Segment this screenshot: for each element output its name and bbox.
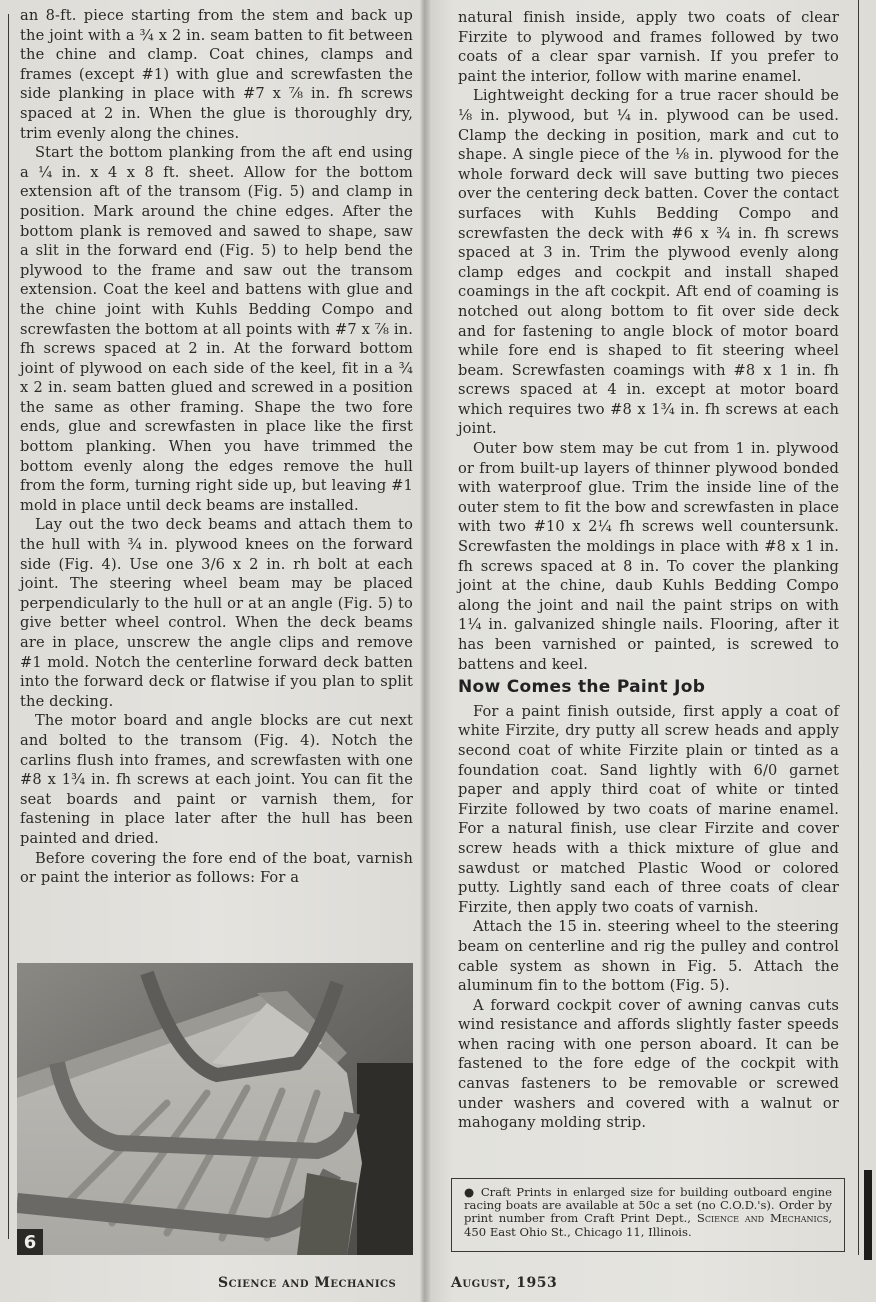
- right-margin-rule: [858, 0, 859, 1255]
- paragraph: an 8-ft. piece starting from the stem an…: [20, 6, 413, 143]
- page-edge-shadow: [864, 1170, 872, 1260]
- paragraph: Lay out the two deck beams and attach th…: [20, 515, 413, 711]
- paragraph: The motor board and angle blocks are cut…: [20, 711, 413, 848]
- boat-hull-photo-icon: [17, 963, 413, 1255]
- paragraph: A forward cockpit cover of awning canvas…: [458, 996, 839, 1133]
- paragraph: Outer bow stem may be cut from 1 in. ply…: [458, 439, 839, 674]
- right-column-text: natural finish inside, apply two coats o…: [458, 8, 839, 1133]
- paragraph: Before covering the fore end of the boat…: [20, 849, 413, 888]
- paragraph: Start the bottom planking from the aft e…: [20, 143, 413, 515]
- left-column-text: an 8-ft. piece starting from the stem an…: [20, 6, 413, 888]
- notice-text: ● Craft Prints in enlarged size for buil…: [464, 1186, 832, 1239]
- paragraph: For a paint finish outside, first apply …: [458, 702, 839, 918]
- footer-date: August, 1953: [451, 1275, 557, 1291]
- paragraph: Attach the 15 in. steering wheel to the …: [458, 917, 839, 995]
- left-margin-rule: [8, 14, 9, 1239]
- section-heading: Now Comes the Paint Job: [458, 678, 839, 698]
- page-gutter: [420, 0, 430, 1302]
- paragraph: natural finish inside, apply two coats o…: [458, 8, 839, 86]
- craft-prints-notice-box: ● Craft Prints in enlarged size for buil…: [451, 1178, 845, 1252]
- notice-publication-name: Science and Mechanics: [697, 1211, 828, 1225]
- figure-number-badge: 6: [17, 1229, 43, 1255]
- footer-publication: Science and Mechanics: [218, 1275, 396, 1291]
- paragraph: Lightweight decking for a true racer sho…: [458, 86, 839, 439]
- figure-6-photo: 6: [17, 963, 413, 1255]
- bullet-icon: ●: [464, 1185, 476, 1199]
